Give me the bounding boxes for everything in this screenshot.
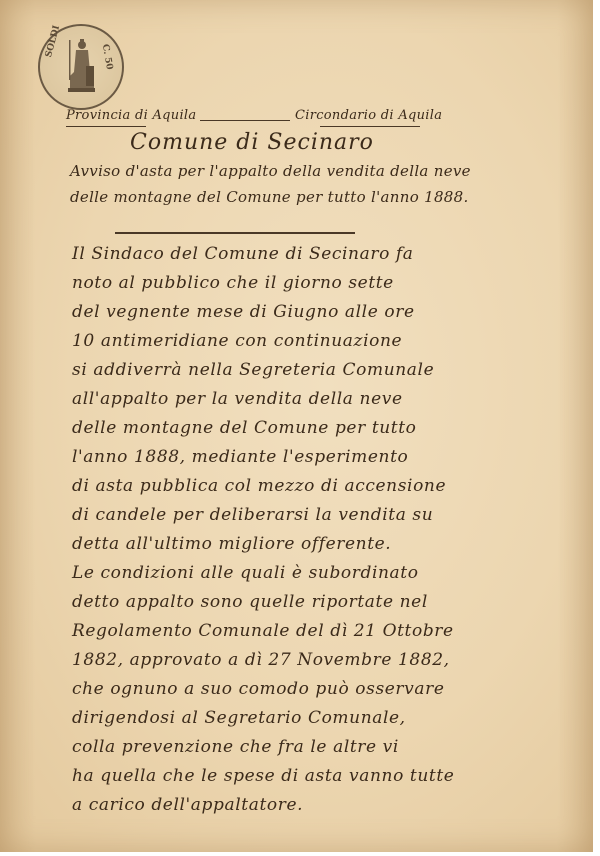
body-line: detta all'ultimo migliore offerente. (72, 534, 391, 554)
body-line: Regolamento Comunale del dì 21 Ottobre (72, 621, 454, 641)
district-underline (320, 126, 420, 127)
body-line: ha quella che le spese di asta vanno tut… (72, 766, 454, 786)
body-line: di candele per deliberarsi la vendita su (72, 505, 433, 525)
body-line: Il Sindaco del Comune di Secinaro fa (72, 244, 414, 264)
body-line: dirigendosi al Segretario Comunale, (72, 708, 406, 728)
body-line: 1882, approvato a dì 27 Novembre 1882, (72, 650, 450, 670)
document-page: SOLDI C. 50 Provincia di Aquila Circonda… (0, 0, 593, 852)
body-line: a carico dell'appaltatore. (72, 795, 303, 815)
body-line: 10 antimeridiane con continuazione (72, 331, 402, 351)
body-line: si addiverrà nella Segreteria Comunale (72, 360, 434, 380)
body-line: all'appalto per la vendita della neve (72, 389, 403, 409)
notice-subtitle-line-2: delle montagne del Comune per tutto l'an… (70, 188, 469, 206)
body-line: che ognuno a suo comodo può osservare (72, 679, 444, 699)
body-line: Le condizioni alle quali è subordinato (72, 563, 419, 583)
notice-subtitle-line-1: Avviso d'asta per l'appalto della vendit… (70, 162, 471, 180)
body-line: l'anno 1888, mediante l'esperimento (72, 447, 408, 467)
body-line: detto appalto sono quelle riportate nel (72, 592, 428, 612)
revenue-stamp: SOLDI C. 50 (38, 24, 124, 110)
body-line: di asta pubblica col mezzo di accensione (72, 476, 446, 496)
seated-figure-icon (66, 36, 96, 96)
body-line: del vegnente mese di Giugno alle ore (72, 302, 415, 322)
province-label: Provincia di Aquila (66, 108, 196, 123)
body-line: delle montagne del Comune per tutto (72, 418, 417, 438)
province-underline (66, 126, 146, 127)
header-divider (200, 120, 290, 121)
stamp-left-text: SOLDI (44, 24, 62, 58)
stamp-value-text: C. 50 (100, 43, 114, 70)
page-title: Comune di Secinaro (130, 130, 374, 155)
body-line: noto al pubblico che il giorno sette (72, 273, 394, 293)
body-line: colla prevenzione che fra le altre vi (72, 737, 399, 757)
title-separator (115, 232, 355, 234)
district-label: Circondario di Aquila (295, 108, 442, 123)
